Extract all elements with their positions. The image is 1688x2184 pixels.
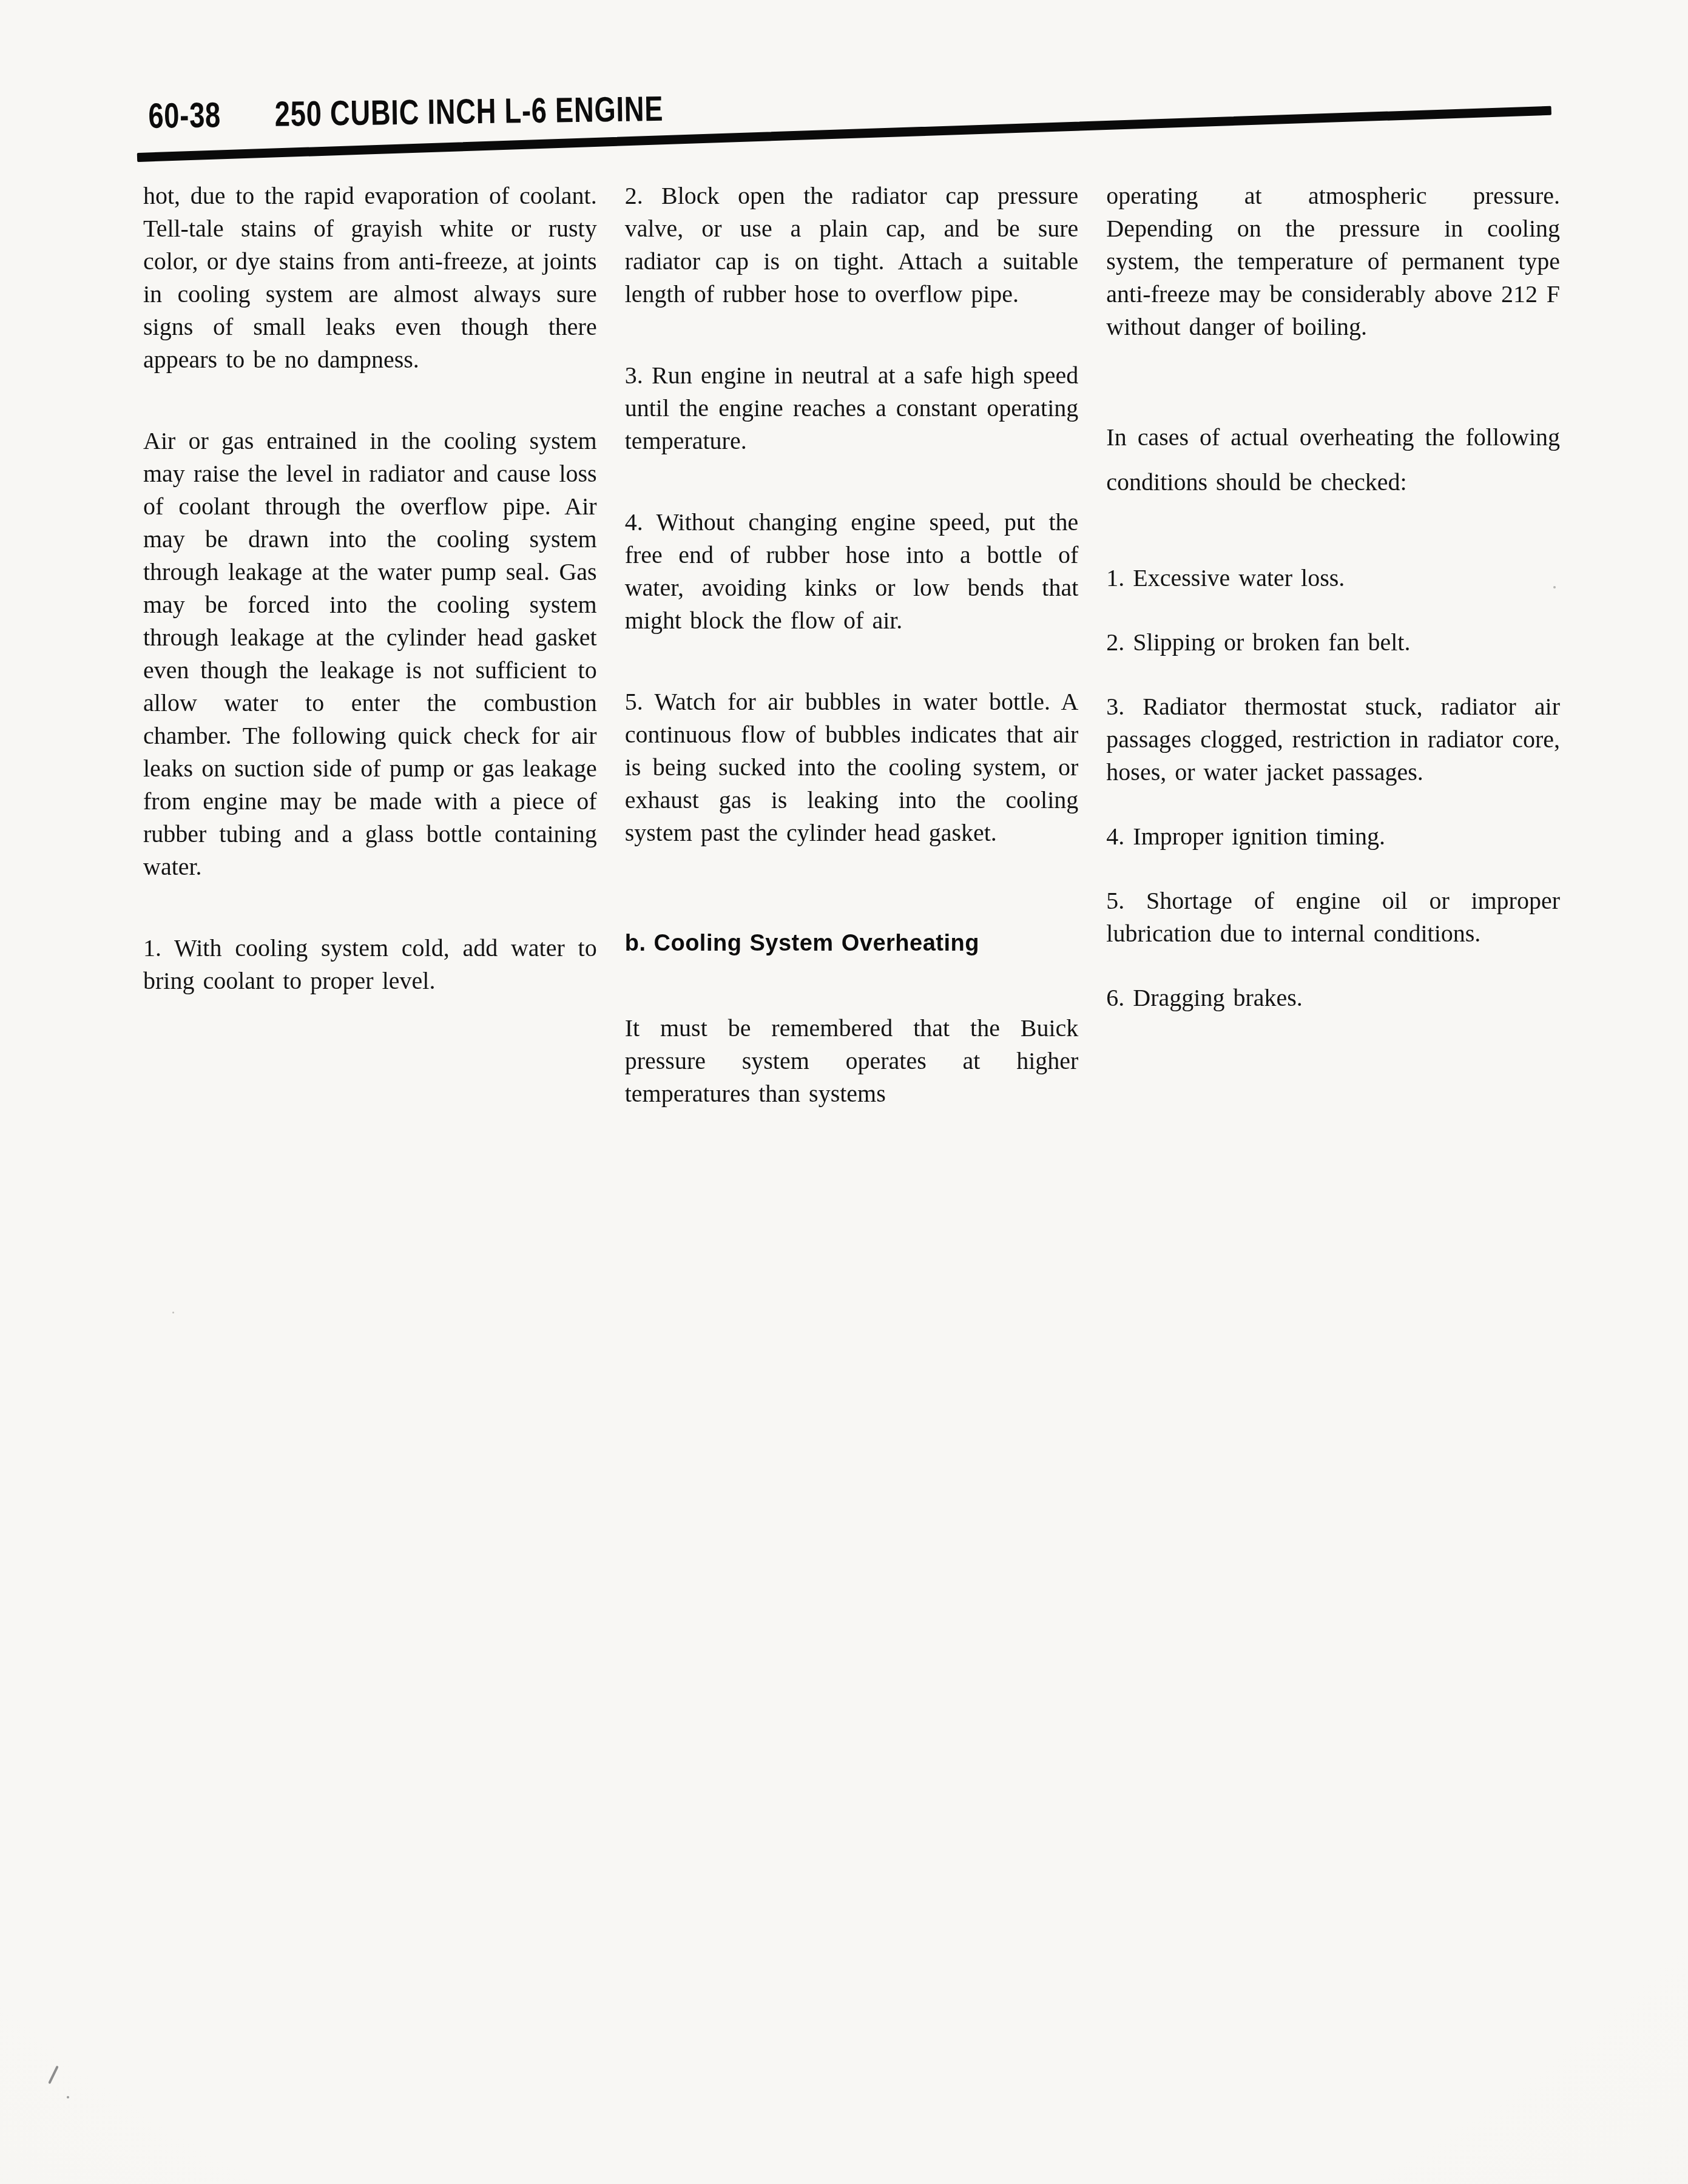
manual-page: 60-38 250 CUBIC INCH L-6 ENGINE hot, due… xyxy=(0,0,1688,2184)
list-item: 6. Dragging brakes. xyxy=(1106,982,1560,1014)
column-2: 2. Block open the radiator cap pressure … xyxy=(625,180,1079,1110)
column-3: operating at atmospheric pressure. Depen… xyxy=(1106,180,1560,1110)
paragraph: It must be remembered that the Buick pre… xyxy=(625,1012,1079,1110)
numbered-step: 3. Run engine in neutral at a safe high … xyxy=(625,359,1079,457)
paragraph: Air or gas entrained in the cooling syst… xyxy=(143,425,597,883)
page-number: 60-38 xyxy=(148,95,221,136)
list-item: 1. Excessive water loss. xyxy=(1106,562,1560,595)
scan-speck xyxy=(172,1312,174,1313)
numbered-step: 1. With cooling system cold, add water t… xyxy=(143,932,597,997)
page-header: 60-38 250 CUBIC INCH L-6 ENGINE xyxy=(138,88,718,136)
numbered-step: 4. Without changing engine speed, put th… xyxy=(625,506,1079,637)
page-title: 250 CUBIC INCH L-6 ENGINE xyxy=(275,89,664,135)
paragraph: operating at atmospheric pressure. Depen… xyxy=(1106,180,1560,343)
numbered-step: 2. Block open the radiator cap pressure … xyxy=(625,180,1079,311)
numbered-step: 5. Watch for air bubbles in water bottle… xyxy=(625,686,1079,849)
column-1: hot, due to the rapid evaporation of coo… xyxy=(143,180,597,1110)
paragraph: hot, due to the rapid evaporation of coo… xyxy=(143,180,597,376)
list-item: 2. Slipping or broken fan belt. xyxy=(1106,626,1560,659)
list-item: 5. Shortage of engine oil or improper lu… xyxy=(1106,885,1560,950)
section-subheading: b. Cooling System Overheating xyxy=(625,927,1079,960)
scan-speck xyxy=(67,2096,69,2098)
pen-mark-artifact xyxy=(48,2066,59,2085)
text-columns: hot, due to the rapid evaporation of coo… xyxy=(143,180,1560,1110)
paragraph: In cases of actual overheating the follo… xyxy=(1106,415,1560,505)
scan-speck xyxy=(1553,586,1556,588)
list-item: 3. Radiator thermostat stuck, radiator a… xyxy=(1106,690,1560,789)
list-item: 4. Improper ignition timing. xyxy=(1106,820,1560,853)
